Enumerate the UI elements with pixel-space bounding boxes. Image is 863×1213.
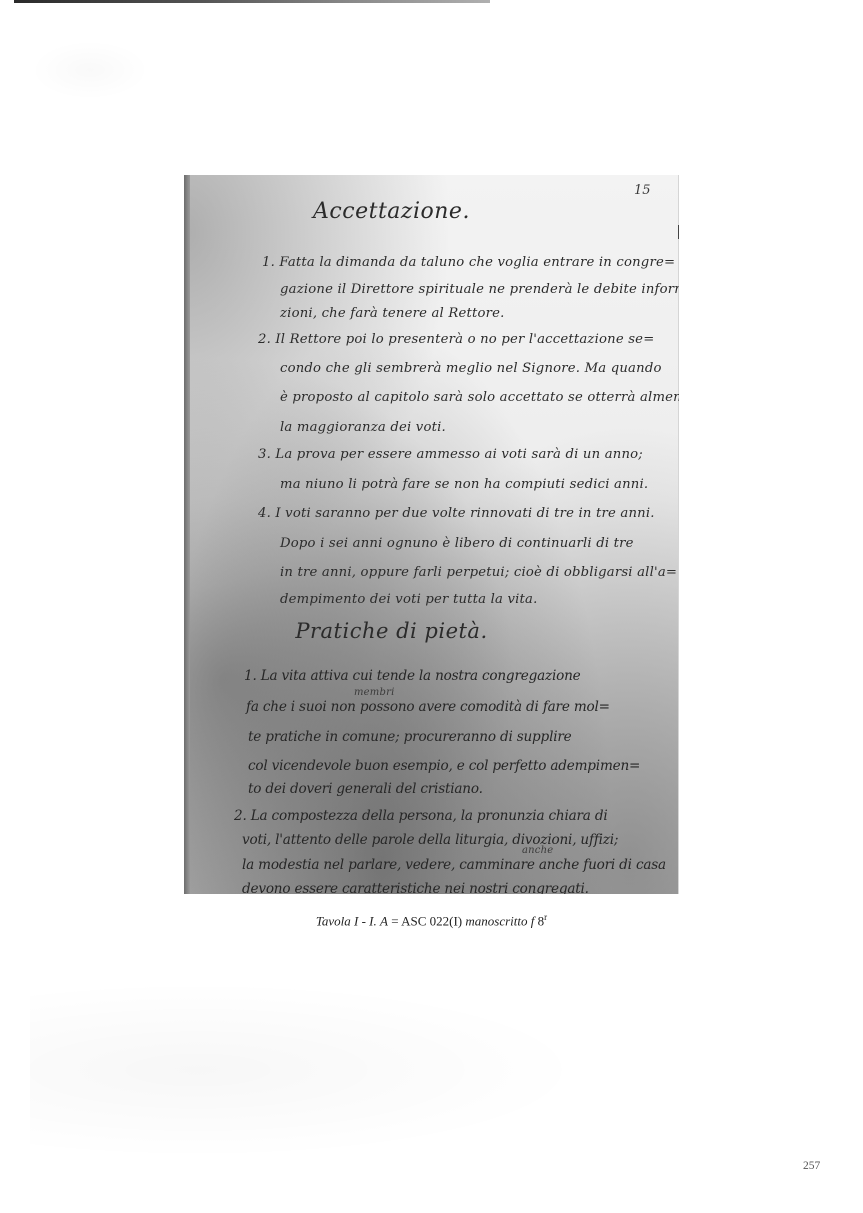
- manuscript-line: Dopo i sei anni ognuno è libero di conti…: [280, 536, 634, 551]
- manuscript-line: 1. La vita attiva cui tende la nostra co…: [244, 668, 580, 684]
- manuscript-photograph: 15 Accettazione. 1. Fatta la dimanda da …: [184, 175, 679, 894]
- caption-folio-side: r: [544, 912, 547, 922]
- manuscript-line: 4. I voti saranno per due volte rinnovat…: [258, 506, 655, 521]
- manuscript-line: col vicendevole buon esempio, e col perf…: [248, 758, 640, 774]
- manuscript-line: 1. Fatta la dimanda da taluno che voglia…: [262, 255, 675, 270]
- manuscript-line: condo che gli sembrerà meglio nel Signor…: [280, 361, 662, 376]
- plate-caption: Tavola I - I. A = ASC 022(I) manoscritto…: [0, 912, 863, 929]
- manuscript-line: dempimento dei voti per tutta la vita.: [280, 592, 537, 607]
- caption-descriptor: manoscritto: [465, 913, 527, 928]
- manuscript-line: 2. Il Rettore poi lo presenterà o no per…: [258, 332, 654, 347]
- manuscript-line: la modestia nel parlare, vedere, cammina…: [242, 857, 666, 873]
- top-rule: [14, 0, 490, 3]
- folio-number: 15: [634, 183, 651, 198]
- section-title-accettazione: Accettazione.: [184, 199, 639, 224]
- bleed-through-mark: [30, 980, 590, 1160]
- manuscript-line: è proposto al capitolo sarà solo accetta…: [280, 390, 679, 405]
- manuscript-line: in tre anni, oppure farli perpetui; cioè…: [280, 565, 677, 580]
- interlinear-correction: membri: [354, 687, 394, 698]
- manuscript-line: devono essere caratteristiche nei nostri…: [242, 881, 589, 894]
- manuscript-line: gazione il Direttore spirituale ne prend…: [280, 282, 679, 297]
- section-title-pratiche-di-pieta: Pratiche di pietà.: [184, 619, 639, 643]
- manuscript-line: zioni, che farà tenere al Rettore.: [280, 306, 505, 321]
- caption-folio-prefix: f: [531, 913, 535, 928]
- interlinear-correction: anche: [522, 845, 553, 856]
- manuscript-text: 15 Accettazione. 1. Fatta la dimanda da …: [184, 175, 679, 894]
- caption-archive-ref: ASC 022(I): [401, 913, 462, 928]
- manuscript-line: te pratiche in comune; procureranno di s…: [248, 729, 572, 745]
- caption-tavola-number: I - I.: [354, 913, 377, 928]
- manuscript-line: la maggioranza dei voti.: [280, 420, 446, 435]
- caption-tavola-label: Tavola: [316, 913, 351, 928]
- page-number: 257: [803, 1160, 820, 1172]
- caption-equals: =: [391, 913, 398, 928]
- manuscript-line: to dei doveri generali del cristiano.: [248, 781, 483, 797]
- caption-letter: A: [380, 913, 388, 928]
- manuscript-line: fa che i suoi non possono avere comodità…: [246, 699, 610, 715]
- manuscript-line: voti, l'attento delle parole della litur…: [242, 832, 618, 848]
- manuscript-line: 3. La prova per essere ammesso ai voti s…: [258, 447, 643, 462]
- bleed-through-mark: [30, 40, 150, 100]
- manuscript-line: 2. La compostezza della persona, la pron…: [234, 808, 607, 824]
- manuscript-line: ma niuno li potrà fare se non ha compiut…: [280, 477, 648, 492]
